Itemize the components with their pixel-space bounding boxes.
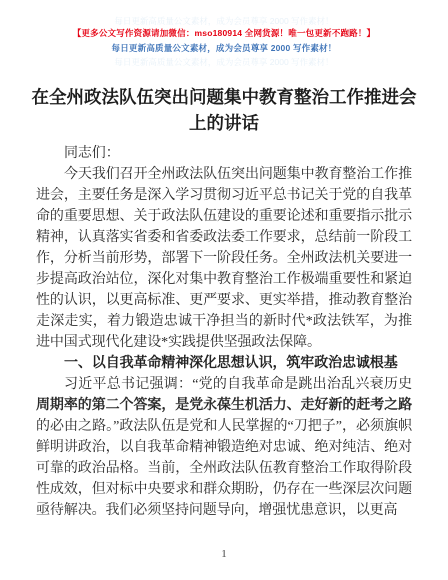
paragraph-2-regular-start: 习近平总书记强调：“党的自我革命是跳出治乱兴衰历史 xyxy=(64,377,412,392)
paragraph-1: 今天我们召开全州政法队伍突出问题集中教育整治工作推进会，主要任务是深入学习贯彻习… xyxy=(36,164,412,353)
page-number: 1 xyxy=(0,548,448,560)
promo-text-red: 【更多公文写作资源请加微信：mso180914 全网货源！唯一包更新不跑路！】 xyxy=(0,27,448,40)
promo-text-blue: 每日更新高质量公文素材，成为会员尊享 2000 写作素材！ xyxy=(0,42,448,55)
paragraph-2-regular-end: 的必由之路。”政法队伍是党和人民掌握的“刀把子”，必须旗帜鲜明讲政治，以自我革命… xyxy=(36,419,412,518)
document-title: 在全州政法队伍突出问题集中教育整治工作推进会上的讲话 xyxy=(30,84,418,136)
promo-header: 【更多公文写作资源请加微信：mso180914 全网货源！唯一包更新不跑路！】 … xyxy=(0,0,448,55)
paragraph-2: 习近平总书记强调：“党的自我革命是跳出治乱兴衰历史周期率的第二个答案，是党永葆生… xyxy=(36,374,412,521)
ghost-watermark-line-mid: 每日更新高质量公文素材，成为会员尊享 2000 写作素材！ xyxy=(0,56,448,68)
document-body: 同志们： 今天我们召开全州政法队伍突出问题集中教育整治工作推进会，主要任务是深入… xyxy=(36,143,412,521)
document-page: 每日更新高质量公文素材，成为会员尊享 2000 写作素材！ 【更多公文写作资源请… xyxy=(0,0,448,580)
paragraph-2-bold-quote: 周期率的第二个答案，是党永葆生机活力、走好新的赶考之路 xyxy=(36,398,412,413)
salutation: 同志们： xyxy=(36,143,412,164)
section-1-heading: 一、以自我革命精神深化思想认识，筑牢政治忠诚根基 xyxy=(36,353,412,374)
